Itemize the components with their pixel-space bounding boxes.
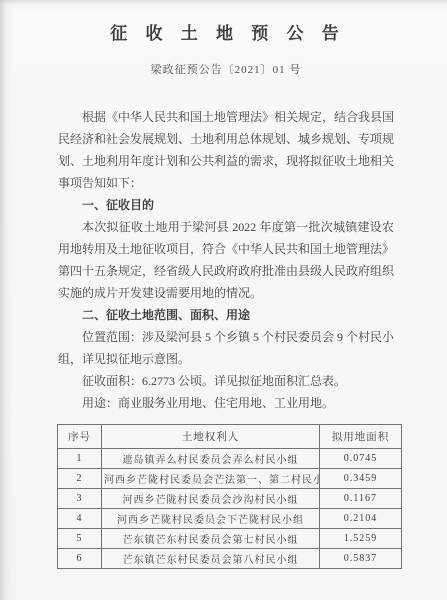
cell-area: 0.0745 xyxy=(320,449,402,469)
document-body: 根据《中华人民共和国土地管理法》相关规定，结合我县国民经济和社会发展规划、土地利… xyxy=(58,106,394,414)
cell-owner: 河西乡芒陇村民委员会下芒陇村民小组 xyxy=(102,509,320,529)
document-title: 征 收 土 地 预 公 告 xyxy=(62,22,394,46)
cell-no: 5 xyxy=(58,529,102,549)
table-row: 1 遮岛镇弄么村民委员会弄么村民小组 0.0745 xyxy=(58,449,402,469)
cell-no: 2 xyxy=(58,469,102,489)
paragraph-intro: 根据《中华人民共和国土地管理法》相关规定，结合我县国民经济和社会发展规划、土地利… xyxy=(58,106,394,194)
cell-owner: 芒东镇芒东村民委员会第七村民小组 xyxy=(102,529,320,549)
section-heading-scope: 二、征收土地范围、面积、用途 xyxy=(58,304,394,326)
cell-owner: 河西乡芒陇村民委员会芒法第一、第二村民小组 xyxy=(102,469,320,489)
land-owner-table: 序号 土地权利人 拟用地面积 1 遮岛镇弄么村民委员会弄么村民小组 0.0745… xyxy=(57,424,402,569)
cell-no: 1 xyxy=(58,449,102,469)
paragraph-area: 征收面积：6.2773 公顷。详见拟征地面积汇总表。 xyxy=(58,370,394,392)
cell-no: 3 xyxy=(58,489,102,509)
scanned-document-page: 征 收 土 地 预 公 告 梁政征预公告〔2021〕01 号 根据《中华人民共和… xyxy=(0,0,447,600)
table-row: 2 河西乡芒陇村民委员会芒法第一、第二村民小组 0.3459 xyxy=(58,469,402,489)
cell-owner: 河西乡芒陇村民委员会沙沟村民小组 xyxy=(102,489,320,509)
cell-area: 0.5837 xyxy=(320,549,402,569)
table-row: 5 芒东镇芒东村民委员会第七村民小组 1.5259 xyxy=(58,529,402,549)
table-header-area: 拟用地面积 xyxy=(320,425,402,449)
table-row: 3 河西乡芒陇村民委员会沙沟村民小组 0.1167 xyxy=(58,489,402,509)
table-header-row: 序号 土地权利人 拟用地面积 xyxy=(58,425,402,449)
cell-area: 1.5259 xyxy=(320,529,402,549)
cell-owner: 芒东镇芒东村民委员会第八村民小组 xyxy=(102,549,320,569)
cell-area: 0.2104 xyxy=(320,509,402,529)
table-header-no: 序号 xyxy=(58,425,102,449)
cell-no: 6 xyxy=(58,549,102,569)
document-content: 征 收 土 地 预 公 告 梁政征预公告〔2021〕01 号 根据《中华人民共和… xyxy=(58,22,394,569)
section-heading-purpose: 一、征收目的 xyxy=(58,194,394,216)
cell-area: 0.3459 xyxy=(320,469,402,489)
paragraph-purpose: 本次拟征收土地用于梁河县 2022 年度第一批次城镇建设农用地转用及土地征收项目… xyxy=(58,216,394,304)
table-row: 6 芒东镇芒东村民委员会第八村民小组 0.5837 xyxy=(58,549,402,569)
paragraph-usage: 用途：商业服务业用地、住宅用地、工业用地。 xyxy=(58,392,394,414)
cell-no: 4 xyxy=(58,509,102,529)
cell-owner: 遮岛镇弄么村民委员会弄么村民小组 xyxy=(102,449,320,469)
cell-area: 0.1167 xyxy=(320,489,402,509)
document-number: 梁政征预公告〔2021〕01 号 xyxy=(58,63,394,77)
table-header-owner: 土地权利人 xyxy=(102,425,320,449)
paragraph-location: 位置范围：涉及梁河县 5 个乡镇 5 个村民委员会 9 个村民小组，详见拟征地示… xyxy=(58,326,394,370)
table-row: 4 河西乡芒陇村民委员会下芒陇村民小组 0.2104 xyxy=(58,509,402,529)
